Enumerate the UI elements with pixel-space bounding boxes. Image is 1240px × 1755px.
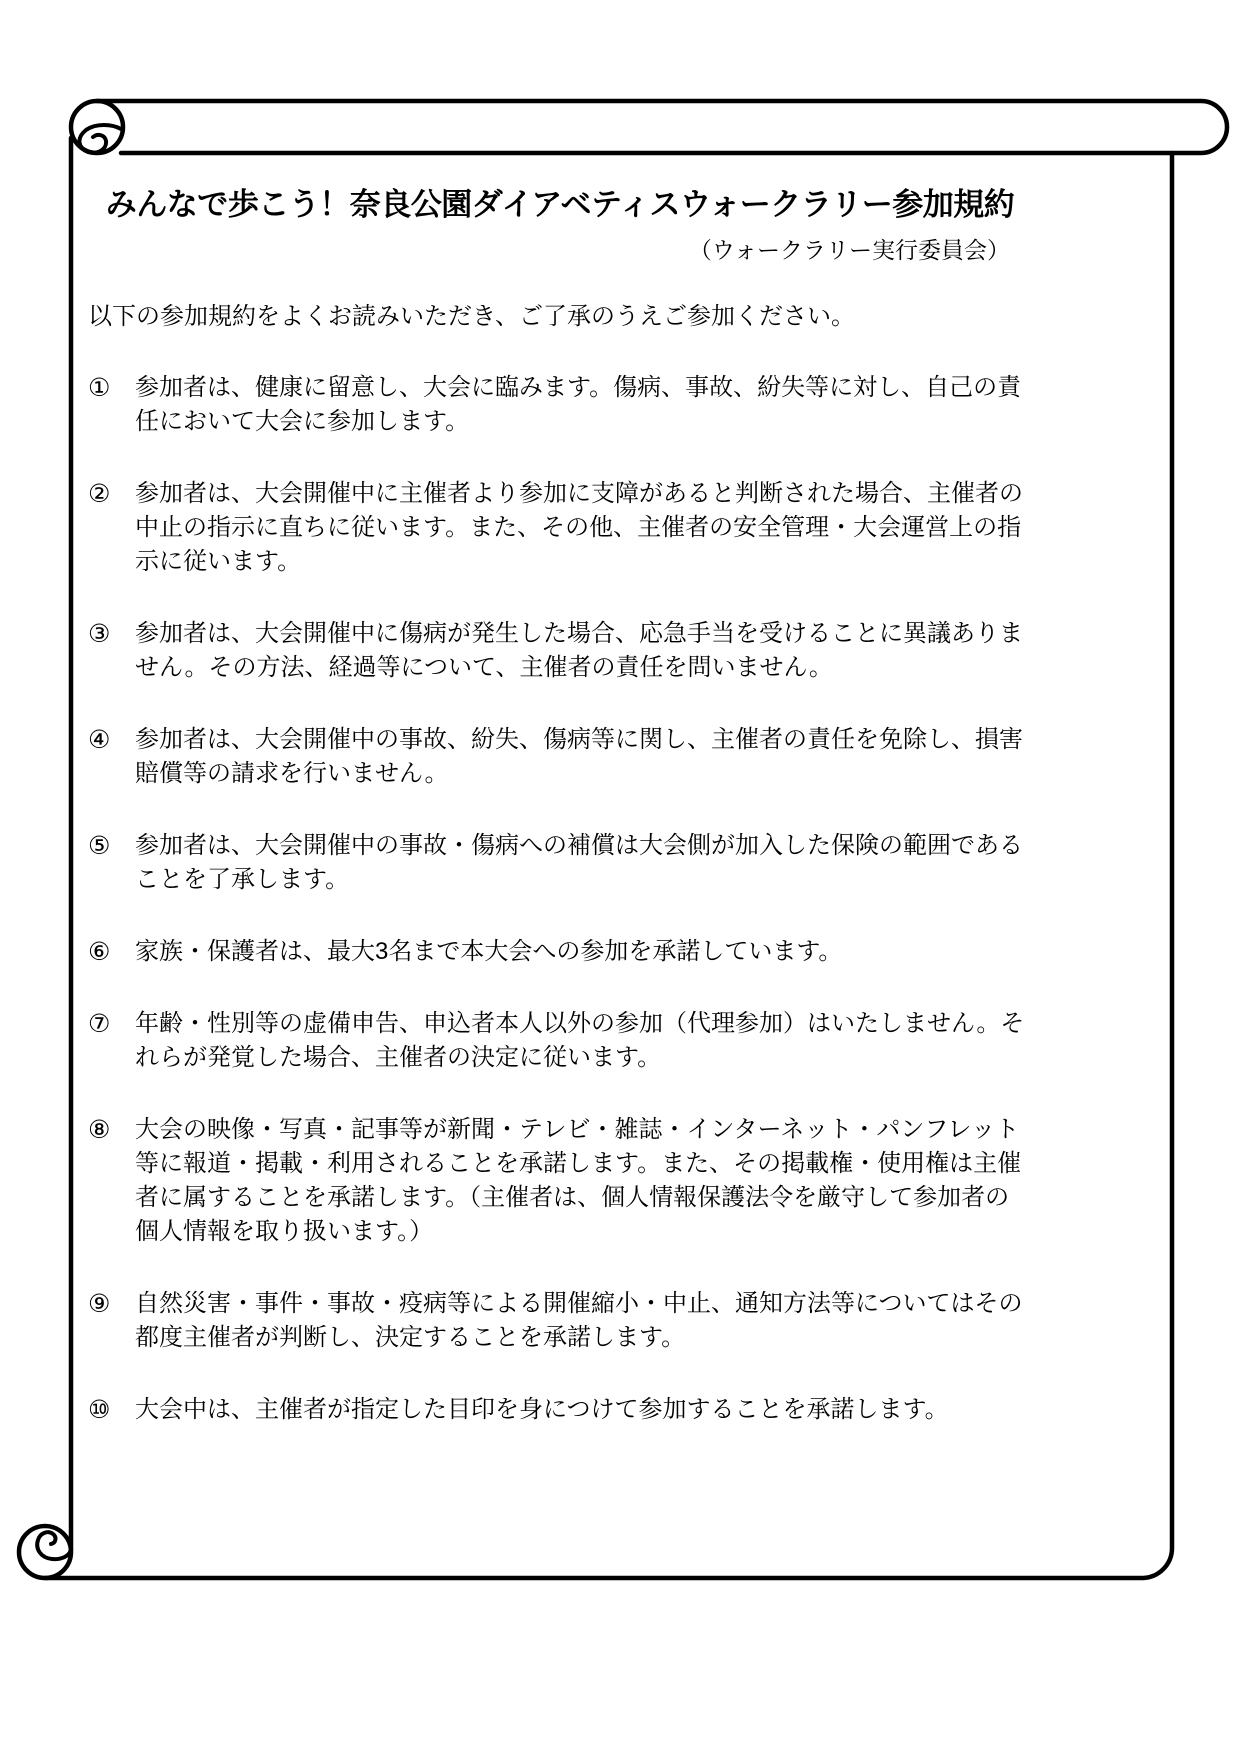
term-text: 参加者は、大会開催中の事故・傷病への補償は大会側が加入した保険の範囲であることを…: [135, 829, 1032, 897]
term-item: ① 参加者は、健康に留意し、大会に臨みます。傷病、事故、紛失等に対し、自己の責任…: [88, 371, 1032, 439]
agreement-document: みんなで歩こう！奈良公園ダイアベティスウォークラリー参加規約 （ウォークラリー実…: [88, 186, 1032, 1427]
term-number: ④: [88, 723, 135, 757]
term-item: ⑩ 大会中は、主催者が指定した目印を身につけて参加することを承諾します。: [88, 1393, 1032, 1427]
term-text: 参加者は、健康に留意し、大会に臨みます。傷病、事故、紛失等に対し、自己の責任にお…: [135, 371, 1032, 439]
term-item: ⑤ 参加者は、大会開催中の事故・傷病への補償は大会側が加入した保険の範囲であるこ…: [88, 829, 1032, 897]
term-number: ①: [88, 371, 135, 405]
term-text: 参加者は、大会開催中の事故、紛失、傷病等に関し、主催者の責任を免除し、損害賠償等…: [135, 723, 1032, 791]
term-text: 年齢・性別等の虚備申告、申込者本人以外の参加（代理参加）はいたしません。それらが…: [135, 1007, 1032, 1075]
term-item: ③ 参加者は、大会開催中に傷病が発生した場合、応急手当を受けることに異議ありませ…: [88, 617, 1032, 685]
term-number: ②: [88, 477, 135, 511]
term-text: 大会中は、主催者が指定した目印を身につけて参加することを承諾します。: [135, 1393, 1032, 1427]
scroll-top-band: [97, 101, 1227, 153]
term-item: ② 参加者は、大会開催中に主催者より参加に支障があると判断された場合、主催者の中…: [88, 477, 1032, 579]
committee-line: （ウォークラリー実行委員会）: [88, 235, 1032, 265]
terms-list: ① 参加者は、健康に留意し、大会に臨みます。傷病、事故、紛失等に対し、自己の責任…: [88, 371, 1032, 1427]
term-number: ⑩: [88, 1393, 135, 1427]
term-item: ⑥ 家族・保護者は、最大3名まで本大会への参加を承諾しています。: [88, 935, 1032, 969]
document-title: みんなで歩こう！奈良公園ダイアベティスウォークラリー参加規約: [88, 186, 1032, 223]
term-number: ③: [88, 617, 135, 651]
term-text: 大会の映像・写真・記事等が新聞・テレビ・雑誌・インターネット・パンフレット等に報…: [135, 1113, 1032, 1249]
agreement-page: { "colors": { "ink": "#000000", "paper":…: [0, 0, 1240, 1755]
term-item: ④ 参加者は、大会開催中の事故、紛失、傷病等に関し、主催者の責任を免除し、損害賠…: [88, 723, 1032, 791]
term-item: ⑧ 大会の映像・写真・記事等が新聞・テレビ・雑誌・インターネット・パンフレット等…: [88, 1113, 1032, 1249]
term-number: ⑥: [88, 935, 135, 969]
intro-line: 以下の参加規約をよくお読みいただき、ご了承のうえご参加ください。: [88, 300, 1032, 334]
term-text: 自然災害・事件・事故・疫病等による開催縮小・中止、通知方法等についてはその都度主…: [135, 1287, 1032, 1355]
term-number: ⑦: [88, 1007, 135, 1041]
term-text: 家族・保護者は、最大3名まで本大会への参加を承諾しています。: [135, 935, 1032, 969]
term-number: ⑧: [88, 1113, 135, 1147]
term-number: ⑨: [88, 1287, 135, 1321]
term-item: ⑦ 年齢・性別等の虚備申告、申込者本人以外の参加（代理参加）はいたしません。それ…: [88, 1007, 1032, 1075]
term-item: ⑨ 自然災害・事件・事故・疫病等による開催縮小・中止、通知方法等についてはその都…: [88, 1287, 1032, 1355]
term-text: 参加者は、大会開催中に主催者より参加に支障があると判断された場合、主催者の中止の…: [135, 477, 1032, 579]
term-text: 参加者は、大会開催中に傷病が発生した場合、応急手当を受けることに異議ありません。…: [135, 617, 1032, 685]
term-number: ⑤: [88, 829, 135, 863]
